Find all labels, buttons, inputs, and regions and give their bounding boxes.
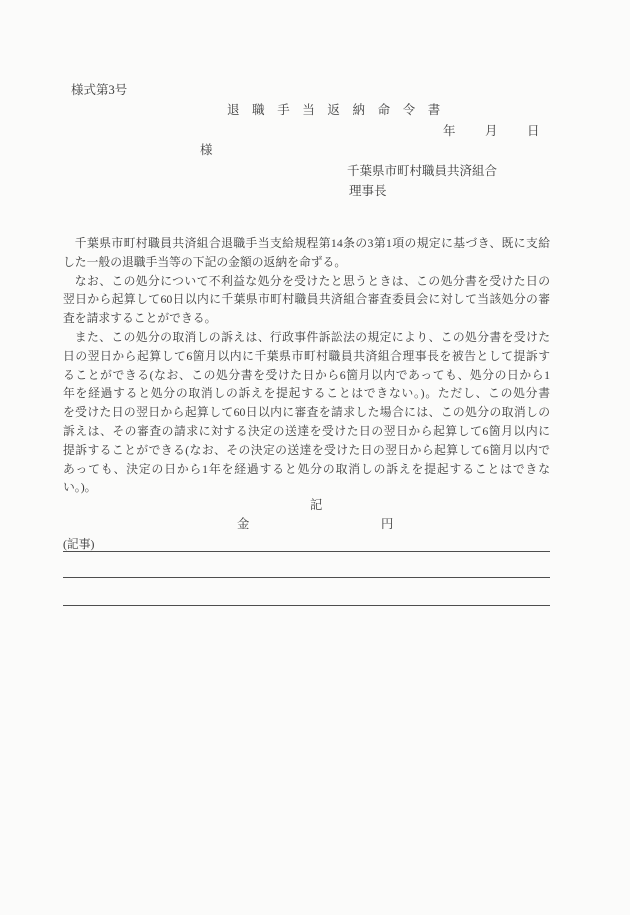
record-heading: 記 bbox=[310, 498, 322, 512]
notes-ruled-line-2 bbox=[63, 605, 550, 606]
issuer-org: 千葉県市町村職員共済組合 bbox=[347, 164, 497, 178]
date-month-label: 月 bbox=[485, 124, 498, 138]
body-text-line: い。)。 bbox=[63, 478, 550, 497]
body-text-line: 千葉県市町村職員共済組合退職手当支給規程第14条の3第1項の規定に基づき、既に支… bbox=[63, 234, 550, 253]
body-text-line: した一般の退職手当等の下記の金額の返納を命ずる。 bbox=[63, 253, 550, 272]
addressee-suffix: 様 bbox=[200, 143, 213, 157]
issuer-title: 理事長 bbox=[349, 184, 387, 198]
form-number: 様式第3号 bbox=[71, 83, 127, 97]
body-text-line: を受けた日の翌日から起算して60日以内に審査を請求した場合には、この処分の取消し… bbox=[63, 403, 550, 422]
body-paragraph-2: なお、この処分について不利益な処分を受けたと思うときは、この処分書を受けた日の … bbox=[63, 272, 550, 328]
notes-row: (記事) bbox=[63, 538, 550, 552]
notes-ruled-line-1 bbox=[63, 577, 550, 578]
document-title: 退職手当返納命令書 bbox=[227, 103, 453, 118]
body-text-line: 日の翌日から起算して6箇月以内に千葉県市町村職員共済組合理事長を被告として提訴す bbox=[63, 347, 550, 366]
body-text-line: 査を請求することができる。 bbox=[63, 309, 550, 328]
body-text-line: あっても、決定の日から1年を経過すると処分の取消しの訴えを提起することはできな bbox=[63, 460, 550, 479]
body-text-line: なお、この処分について不利益な処分を受けたと思うときは、この処分書を受けた日の bbox=[63, 272, 550, 291]
date-year-label: 年 bbox=[443, 124, 456, 138]
amount-suffix-label: 円 bbox=[381, 517, 393, 531]
body-text-line: 年を経過すると処分の取消しの訴えを提起することはできない。)。ただし、この処分書 bbox=[63, 384, 550, 403]
body-text-line: 提訴することができる(なお、その決定の送達を受けた日の翌日から起算して6箇月以内… bbox=[63, 441, 550, 460]
body-paragraph-1: 千葉県市町村職員共済組合退職手当支給規程第14条の3第1項の規定に基づき、既に支… bbox=[63, 234, 550, 272]
document-page: 様式第3号 退職手当返納命令書 年 月 日 様 千葉県市町村職員共済組合 理事長… bbox=[0, 0, 630, 915]
body-text-line: 翌日から起算して60日以内に千葉県市町村職員共済組合審査委員会に対して当該処分の… bbox=[63, 290, 550, 309]
body-text-line: 訴えは、その審査の請求に対する決定の送達を受けた日の翌日から起算して6箇月以内に bbox=[63, 422, 550, 441]
body-text: 千葉県市町村職員共済組合退職手当支給規程第14条の3第1項の規定に基づき、既に支… bbox=[63, 234, 550, 497]
body-text-line: また、この処分の取消しの訴えは、行政事件訴訟法の規定により、この処分書を受けた bbox=[63, 328, 550, 347]
amount-prefix-label: 金 bbox=[237, 517, 249, 531]
body-paragraph-3: また、この処分の取消しの訴えは、行政事件訴訟法の規定により、この処分書を受けた … bbox=[63, 328, 550, 497]
date-day-label: 日 bbox=[527, 124, 540, 138]
body-text-line: ることができる(なお、この処分書を受けた日から6箇月以内であっても、処分の日から… bbox=[63, 366, 550, 385]
notes-label: (記事) bbox=[63, 537, 94, 551]
